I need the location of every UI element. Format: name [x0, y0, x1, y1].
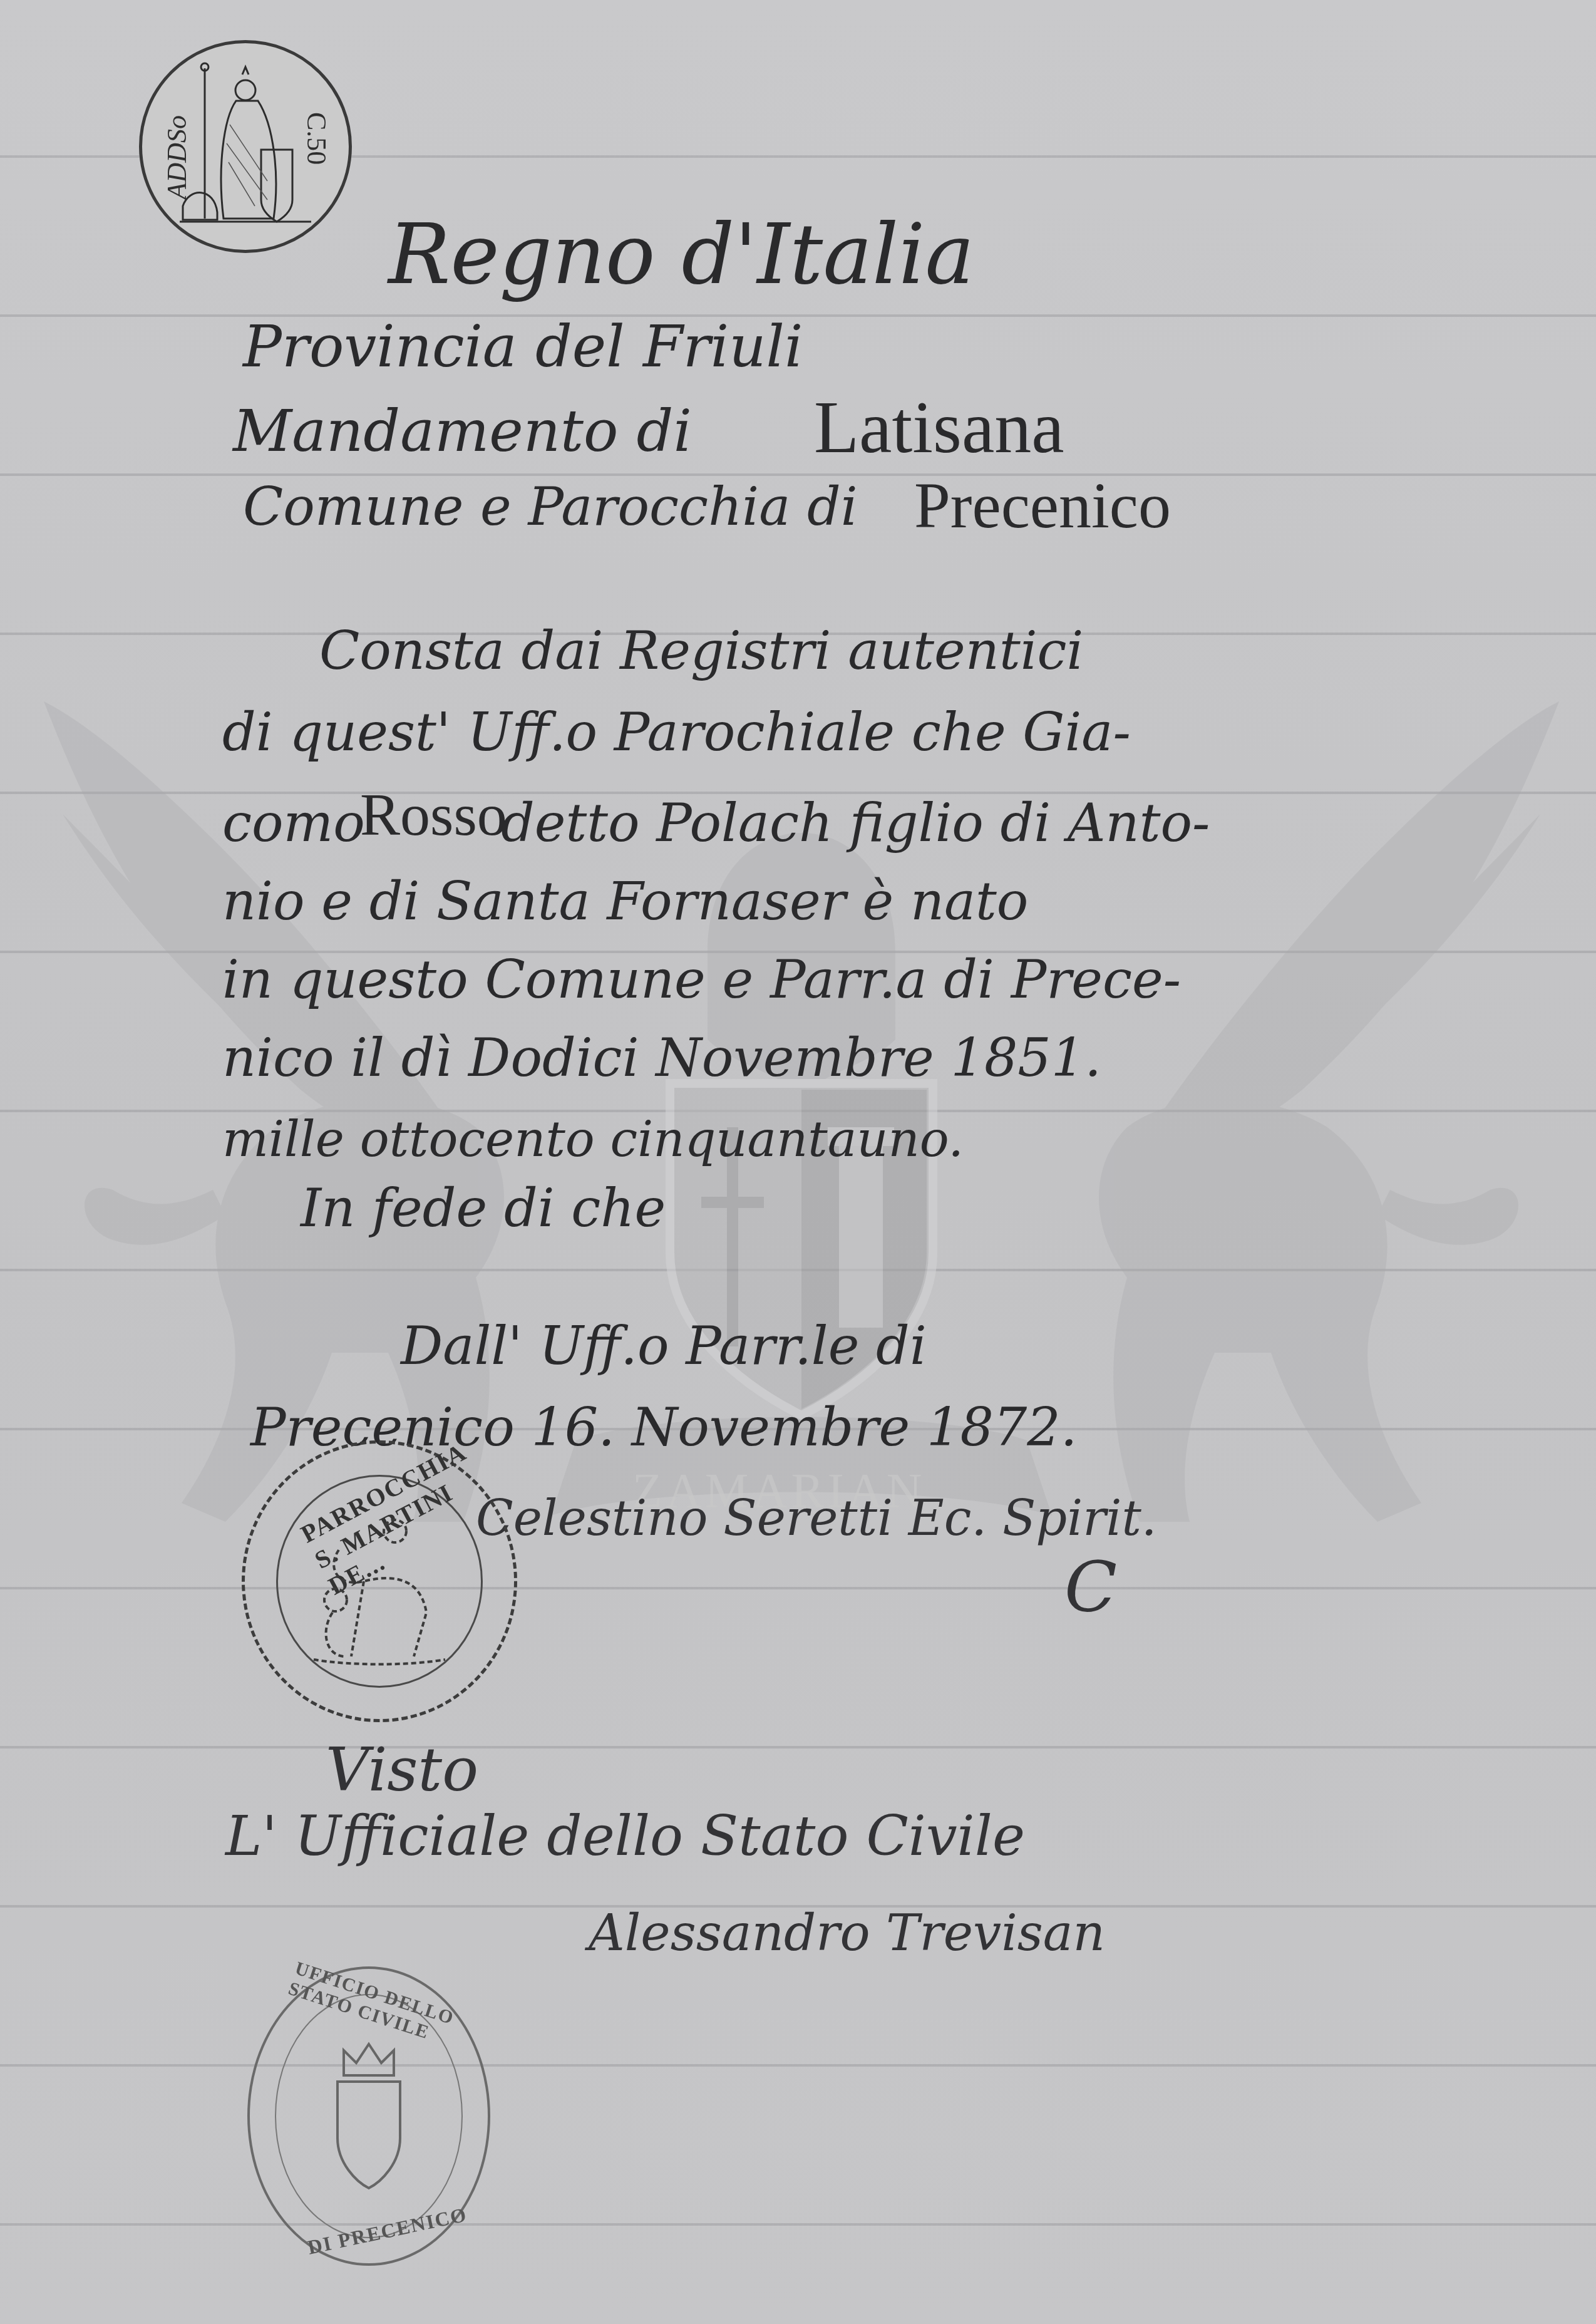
- document-title: Regno d'Italia: [388, 207, 974, 303]
- issuing-office: Dall' Uff.o Parr.le di: [401, 1315, 927, 1376]
- body-line-8: In fede di che: [301, 1177, 666, 1239]
- body-line-4: nio e di Santa Fornaser è nato: [222, 870, 1028, 932]
- body-line-7-year-words: mille ottocento cinquantauno.: [222, 1112, 964, 1168]
- document-page: ZAMARIAN ADDSo C.50 Regno d'Italia Provi…: [0, 0, 1596, 2324]
- st-martin-horseback-icon: [301, 1512, 458, 1669]
- province-line: Provincia del Friuli: [243, 313, 803, 380]
- body-line-3b: detto Polach figlio di Anto-: [501, 792, 1210, 854]
- comune-label: Comune e Parocchia di: [243, 476, 858, 537]
- parish-seal: PARROCCHIA S. MARTINI DE...: [242, 1440, 517, 1722]
- body-line-1: Consta dai Registri autentici: [319, 620, 1083, 681]
- surname-rosso: Rosso: [360, 780, 507, 849]
- revenue-stamp: ADDSo C.50: [139, 40, 352, 253]
- civil-registry-seal: UFFICIO DELLO STATO CIVILE DI PRECENICO: [247, 1966, 490, 2266]
- body-line-3a: como: [222, 792, 365, 854]
- visa-label: Visto: [326, 1735, 478, 1805]
- official-signature: Alessandro Trevisan: [589, 1904, 1105, 1962]
- priest-signature: Celestino Seretti Ec. Spirit.: [476, 1490, 1157, 1547]
- body-line-2: di quest' Uff.o Parochiale che Gia-: [222, 701, 1131, 763]
- crowned-arms-icon: [319, 2038, 419, 2194]
- signature-flourish: C: [1064, 1547, 1117, 1627]
- body-line-6-birth-date: nico il dì Dodici Novembre 1851.: [222, 1027, 1101, 1088]
- civil-official-title: L' Ufficiale dello Stato Civile: [225, 1804, 1025, 1868]
- revenue-stamp-value: C.50: [301, 112, 332, 165]
- mandamento-value: Latisana: [814, 385, 1064, 470]
- body-line-5: in questo Comune e Parr.a di Prece-: [222, 949, 1181, 1010]
- mandamento-label: Mandamento di: [233, 398, 692, 465]
- italia-figure-icon: [180, 56, 311, 237]
- comune-value: Precenico: [914, 468, 1171, 543]
